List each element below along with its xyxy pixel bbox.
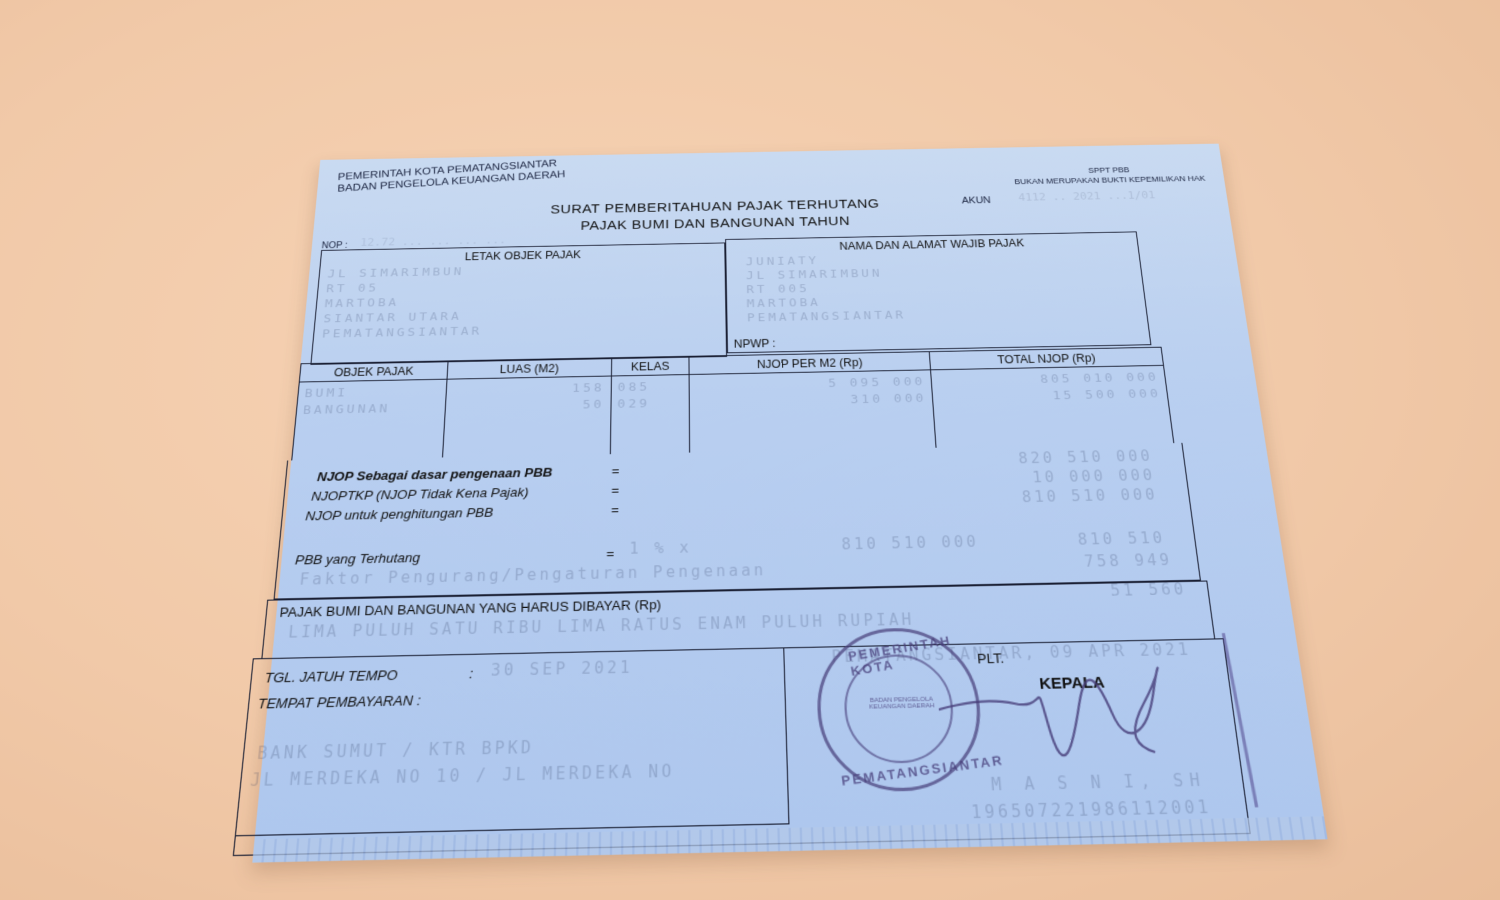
njop-basis-label: NJOP Sebagai dasar pengenaan PBB: [317, 465, 553, 484]
total-njop-cell: 805 010 000 15 500 000: [931, 365, 1174, 447]
luas-value: 50: [451, 397, 604, 417]
stamp-center-text: BADAN PENGELOLA KEUANGAN DAERAH: [853, 696, 951, 711]
payable-amount: 51 560: [1110, 580, 1188, 600]
object-location-box: LETAK OBJEK PAJAK JL SIMARIMBUN RT 05 MA…: [310, 242, 727, 364]
official-nip: 196507221986112001: [971, 797, 1213, 823]
equals-sign: =: [612, 464, 620, 479]
kelas-value: 085: [617, 379, 682, 397]
due-date-value: 30 SEP 2021: [490, 658, 633, 680]
payment-box: TGL. JATUH TEMPO : 30 SEP 2021 TEMPAT PE…: [236, 648, 790, 836]
assessment-table: OBJEK PAJAK LUAS (M2) KELAS NJOP PER M2 …: [291, 347, 1174, 461]
form-code-block: SPPT PBB BUKAN MERUPAKAN BUKTI KEPEMILIK…: [1013, 163, 1206, 186]
njoptkp-label: NJOPTKP (NJOP Tidak Kena Pajak): [311, 485, 529, 504]
due-date-label: TGL. JATUH TEMPO: [264, 667, 398, 686]
kelas-value: 029: [617, 395, 683, 413]
payment-place-line-1: BANK SUMUT / KTR BPKD: [256, 738, 534, 764]
equals-sign: =: [606, 546, 614, 561]
equals-sign: =: [611, 502, 619, 517]
sppt-pbb-document: PEMERINTAH KOTA PEMATANGSIANTAR BADAN PE…: [252, 144, 1327, 863]
npwp-label: NPWP :: [734, 337, 776, 350]
njop-m2-cell: 5 095 000 310 000: [689, 370, 936, 453]
pbb-base: 810 510 000: [841, 533, 980, 554]
equals-sign: =: [611, 483, 619, 498]
due-date-sep: :: [469, 665, 474, 681]
pbb-value: 810 510: [1077, 529, 1166, 549]
njoptkp-value: 10 000 000: [1032, 466, 1157, 486]
njop-calc-label: NJOP untuk penghitungan PBB: [305, 505, 494, 524]
ink-stroke: [1222, 633, 1259, 807]
akun-label: AKUN: [961, 195, 991, 206]
luas-cell: 158 50: [442, 376, 611, 457]
scene: PEMERINTAH KOTA PEMATANGSIANTAR BADAN PE…: [0, 0, 1500, 900]
pbb-rate: 1 % x: [629, 538, 692, 557]
kelas-cell: 085 029: [610, 375, 689, 455]
objek-value: BANGUNAN: [302, 400, 439, 419]
pbb-terhutang-label: PBB yang Terhutang: [294, 550, 420, 568]
taxpayer-lines: JUNIATY JL SIMARIMBUN RT 005 MARTOBA PEM…: [726, 247, 1147, 328]
signature-scribble: [936, 659, 1183, 762]
calculation-box: NJOP Sebagai dasar pengenaan PBB = 820 5…: [274, 443, 1201, 600]
payment-place-line-2: JL MERDEKA NO 10 / JL MERDEKA NO: [249, 761, 674, 790]
col-kelas: KELAS: [611, 356, 689, 376]
ownership-disclaimer: BUKAN MERUPAKAN BUKTI KEPEMILIKAN HAK: [1014, 173, 1206, 186]
object-location-lines: JL SIMARIMBUN RT 05 MARTOBA SIANTAR UTAR…: [313, 258, 725, 344]
total-njop-value: 15 500 000: [939, 386, 1162, 407]
reduction-value: 758 949: [1083, 551, 1173, 571]
njop-m2-value: 310 000: [696, 391, 927, 412]
akun-value: 4112 .. 2021 ...1/01: [1018, 189, 1156, 203]
official-name: M A S N I, SH: [991, 770, 1208, 795]
issuer-block: PEMERINTAH KOTA PEMATANGSIANTAR BADAN PE…: [337, 157, 565, 194]
document-title: SURAT PEMBERITAHUAN PAJAK TERHUTANG PAJA…: [495, 195, 935, 237]
njop-basis-value: 820 510 000: [1018, 447, 1154, 467]
objek-cell: BUMI BANGUNAN: [292, 379, 447, 460]
njop-calc-value: 810 510 000: [1021, 486, 1159, 506]
payment-place-label: TEMPAT PEMBAYARAN :: [257, 692, 421, 712]
taxpayer-box: NAMA DAN ALAMAT WAJIB PAJAK JUNIATY JL S…: [725, 231, 1151, 353]
